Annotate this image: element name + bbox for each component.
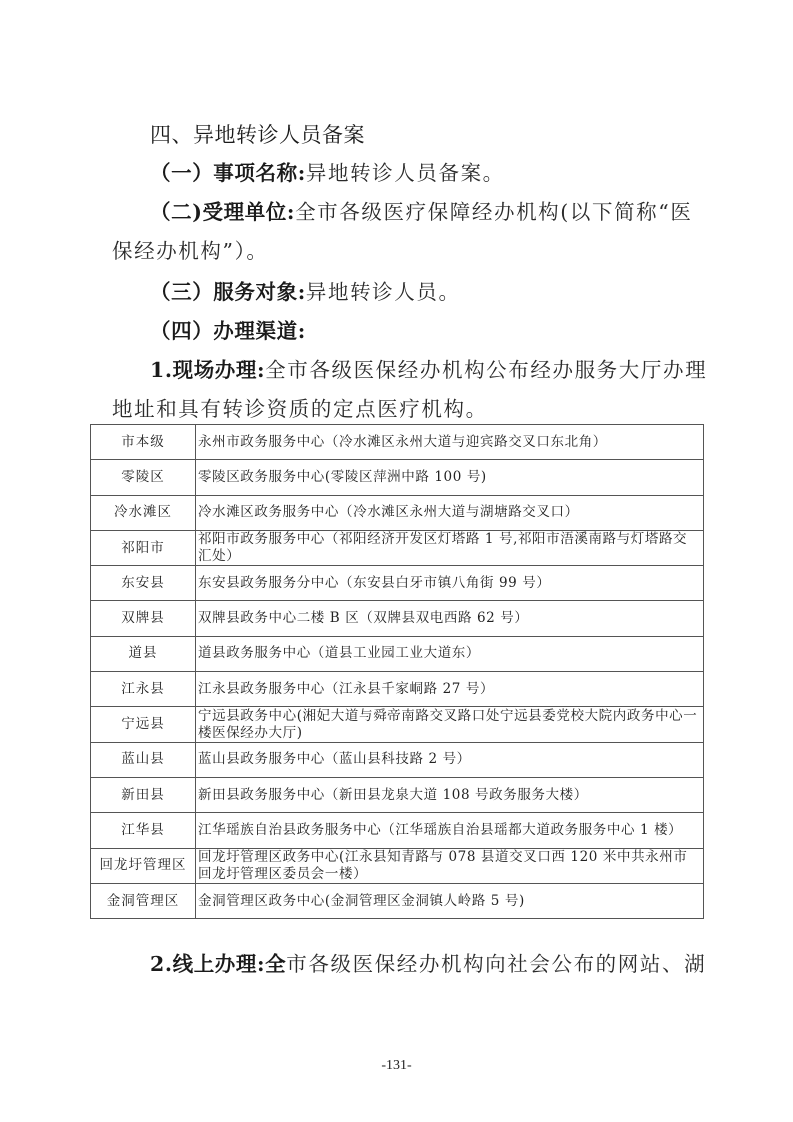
item-channels: （四）办理渠道: — [150, 319, 702, 343]
address-cell: 新田县政务服务中心（新田县龙泉大道 108 号政务服务大楼） — [196, 777, 704, 812]
table-row: 双牌县双牌县政务中心二楼 B 区（双牌县双电西路 62 号） — [91, 601, 704, 636]
address-cell: 蓝山县政务服务中心（蓝山县科技路 2 号） — [196, 742, 704, 777]
table-row: 江华县江华瑶族自治县政务服务中心（江华瑶族自治县瑶都大道政务服务中心 1 楼） — [91, 813, 704, 848]
region-cell: 江华县 — [91, 813, 196, 848]
onsite-text: 全市各级医保经办机构公布经办服务大厅办理 — [265, 358, 707, 382]
address-cell: 永州市政务服务中心（冷水滩区永州大道与迎宾路交叉口东北角） — [196, 425, 704, 460]
address-cell: 回龙圩管理区政务中心(江永县知青路与 078 县道交叉口西 120 米中共永州市… — [196, 848, 704, 883]
region-cell: 蓝山县 — [91, 742, 196, 777]
region-cell: 市本级 — [91, 425, 196, 460]
address-cell: 祁阳市政务服务中心（祁阳经济开发区灯塔路 1 号,祁阳市浯溪南路与灯塔路交汇处） — [196, 530, 704, 565]
region-cell: 金洞管理区 — [91, 883, 196, 918]
page-number: -131- — [0, 1058, 793, 1074]
item-unit-text: 全市各级医疗保障经办机构(以下简称“医 — [295, 200, 692, 224]
region-cell: 东安县 — [91, 566, 196, 601]
item-unit: （二)受理单位:全市各级医疗保障经办机构(以下简称“医 — [150, 200, 702, 224]
table-row: 东安县东安县政务服务分中心（东安县白牙市镇八角街 99 号） — [91, 566, 704, 601]
onsite-channel: 1.现场办理:全市各级医保经办机构公布经办服务大厅办理 — [150, 358, 702, 382]
address-cell: 金洞管理区政务中心(金洞管理区金洞镇人岭路 5 号) — [196, 883, 704, 918]
online-channel: 2.线上办理:全市各级医保经办机构向社会公布的网站、湖 — [150, 952, 702, 976]
address-cell: 双牌县政务中心二楼 B 区（双牌县双电西路 62 号） — [196, 601, 704, 636]
address-cell: 零陵区政务服务中心(零陵区萍洲中路 100 号) — [196, 460, 704, 495]
address-cell: 东安县政务服务分中心（东安县白牙市镇八角街 99 号） — [196, 566, 704, 601]
table-row: 冷水滩区冷水滩区政务服务中心（冷水滩区永州大道与湖塘路交叉口） — [91, 495, 704, 530]
offices-table-body: 市本级永州市政务服务中心（冷水滩区永州大道与迎宾路交叉口东北角）零陵区零陵区政务… — [91, 425, 704, 919]
region-cell: 祁阳市 — [91, 530, 196, 565]
address-cell: 冷水滩区政务服务中心（冷水滩区永州大道与湖塘路交叉口） — [196, 495, 704, 530]
item-name-text: 异地转诊人员备案。 — [306, 161, 505, 185]
online-text: 市各级医保经办机构向社会公布的网站、湖 — [286, 952, 706, 976]
table-row: 蓝山县蓝山县政务服务中心（蓝山县科技路 2 号） — [91, 742, 704, 777]
online-label: 2.线上办理: — [150, 952, 265, 976]
onsite-continuation-text: 地址和具有转诊资质的定点医疗机构。 — [112, 397, 488, 421]
item-channels-label: （四）办理渠道: — [150, 319, 306, 343]
online-bold-char: 全 — [265, 952, 286, 976]
table-row: 祁阳市祁阳市政务服务中心（祁阳经济开发区灯塔路 1 号,祁阳市浯溪南路与灯塔路交… — [91, 530, 704, 565]
region-cell: 回龙圩管理区 — [91, 848, 196, 883]
table-row: 零陵区零陵区政务服务中心(零陵区萍洲中路 100 号) — [91, 460, 704, 495]
section-heading: 四、异地转诊人员备案 — [150, 123, 702, 147]
item-unit-label: （二)受理单位: — [150, 200, 295, 224]
table-row: 新田县新田县政务服务中心（新田县龙泉大道 108 号政务服务大楼） — [91, 777, 704, 812]
item-name-label: （一）事项名称: — [150, 161, 306, 185]
table-row: 江永县江永县政务服务中心（江永县千家峒路 27 号） — [91, 672, 704, 707]
table-row: 市本级永州市政务服务中心（冷水滩区永州大道与迎宾路交叉口东北角） — [91, 425, 704, 460]
item-target-text: 异地转诊人员。 — [306, 280, 461, 304]
table-row: 宁远县宁远县政务中心(湘妃大道与舜帝南路交叉路口处宁远县委党校大院内政务中心一楼… — [91, 707, 704, 742]
region-cell: 宁远县 — [91, 707, 196, 742]
address-cell: 道县政务服务中心（道县工业园工业大道东） — [196, 636, 704, 671]
item-name: （一）事项名称:异地转诊人员备案。 — [150, 161, 702, 185]
offices-table: 市本级永州市政务服务中心（冷水滩区永州大道与迎宾路交叉口东北角）零陵区零陵区政务… — [90, 424, 704, 919]
table-row: 金洞管理区金洞管理区政务中心(金洞管理区金洞镇人岭路 5 号) — [91, 883, 704, 918]
region-cell: 冷水滩区 — [91, 495, 196, 530]
table-row: 道县道县政务服务中心（道县工业园工业大道东） — [91, 636, 704, 671]
onsite-continuation: 地址和具有转诊资质的定点医疗机构。 — [112, 397, 702, 421]
item-target: （三）服务对象:异地转诊人员。 — [150, 280, 702, 304]
onsite-label: 1.现场办理: — [150, 358, 265, 382]
region-cell: 新田县 — [91, 777, 196, 812]
item-unit-continuation-text: 保经办机构”）。 — [112, 239, 269, 263]
item-unit-continuation: 保经办机构”）。 — [112, 239, 702, 263]
table-row: 回龙圩管理区回龙圩管理区政务中心(江永县知青路与 078 县道交叉口西 120 … — [91, 848, 704, 883]
region-cell: 双牌县 — [91, 601, 196, 636]
item-target-label: （三）服务对象: — [150, 280, 306, 304]
address-cell: 江永县政务服务中心（江永县千家峒路 27 号） — [196, 672, 704, 707]
section-heading-text: 四、异地转诊人员备案 — [150, 123, 365, 147]
region-cell: 江永县 — [91, 672, 196, 707]
address-cell: 宁远县政务中心(湘妃大道与舜帝南路交叉路口处宁远县委党校大院内政务中心一楼医保经… — [196, 707, 704, 742]
address-cell: 江华瑶族自治县政务服务中心（江华瑶族自治县瑶都大道政务服务中心 1 楼） — [196, 813, 704, 848]
region-cell: 零陵区 — [91, 460, 196, 495]
region-cell: 道县 — [91, 636, 196, 671]
